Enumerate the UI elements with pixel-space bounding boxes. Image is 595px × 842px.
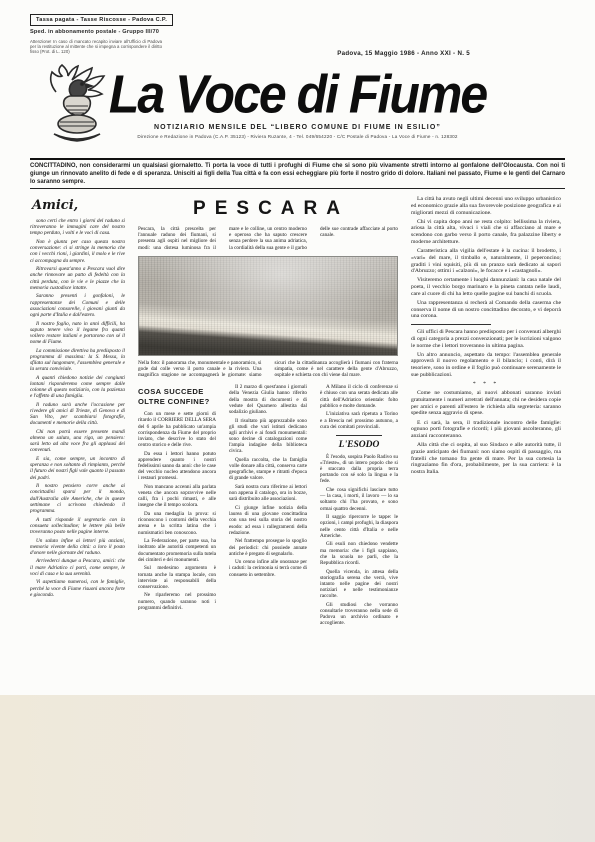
postage-stamp-box: Tassa pagata - Tasse Riscosse - Padova C…: [30, 14, 173, 26]
paragraph: Nel frattempo prosegue lo spoglio dei pe…: [229, 538, 307, 556]
paragraph: Una rappresentanza si recherà al Comando…: [411, 300, 561, 320]
paragraph: Il 2 marzo di quest'anno i giornali dell…: [229, 384, 307, 415]
article-oltre-confine: Il 2 marzo di quest'anno i giornali dell…: [229, 384, 307, 684]
paragraph: Come ne costumiamo, ai nuovi abbonati sa…: [411, 390, 561, 417]
esodo-pre-body: A Milano il ciclo di conferenze si è chi…: [320, 384, 398, 430]
motto-paragraph: CONCITTADINO, non considerarmi un qualsi…: [30, 163, 565, 186]
newspaper-title: La Voce di Fiume: [30, 66, 565, 122]
section-divider: [411, 324, 491, 325]
pescara-headline: PESCARA: [144, 198, 398, 220]
pescara-caption: Nella foto: il panorama che, monumentale…: [138, 360, 398, 378]
paragraph: Il risultato più apprezzabile sono gli s…: [229, 418, 307, 455]
paragraph: Un saluto infine ai lettori più anziani,…: [30, 538, 125, 556]
paragraph: È l'esodo, sospira Paolo Radivo su «Trie…: [320, 454, 398, 485]
motto-rule: [30, 188, 565, 189]
paragraph: Quella vicenda, in attesa della storiogr…: [320, 569, 398, 600]
esodo-heading: L'ESODO: [320, 440, 398, 450]
paragraph: Un altro annuncio, aspettato da tempo: l…: [411, 352, 561, 379]
scanner-background: [0, 695, 595, 842]
paragraph: Chi vi capita dopo anni ne resta colpito…: [411, 219, 561, 246]
paragraph: Con un mese e sette giorni di ritardo il…: [138, 411, 216, 448]
masthead: La Voce di Fiume NOTIZIARIO MENSILE DEL …: [30, 66, 565, 154]
paragraph: Da una medaglia la prova: si riconoscono…: [138, 511, 216, 536]
paragraph: A Milano il ciclo di conferenze si è chi…: [320, 384, 398, 409]
cosa-succede-body: Con un mese e sette giorni di ritardo il…: [138, 411, 216, 611]
paragraph: Sul medesimo argomento è tornata anche l…: [138, 565, 216, 590]
paragraph: La Federazione, per parte sua, ha inoltr…: [138, 538, 216, 563]
lower-columns: COSA SUCCEDE OLTRE CONFINE? Con un mese …: [138, 384, 398, 684]
paragraph: Vi aspettiamo numerosi, con le famiglie,…: [30, 579, 125, 597]
paragraph: Quella raccolta, che la famiglia volle d…: [229, 457, 307, 482]
newspaper-page: Tassa pagata - Tasse Riscosse - Padova C…: [0, 0, 595, 695]
article-cosa-succede: COSA SUCCEDE OLTRE CONFINE? Con un mese …: [138, 384, 216, 684]
amici-heading: Amici,: [32, 198, 125, 213]
cosa-succede-heading: COSA SUCCEDE OLTRE CONFINE?: [138, 387, 216, 406]
paragraph: La commissione direttiva ha predisposto …: [30, 348, 125, 373]
article-pescara: PESCARA Pescara, la città prescelta per …: [138, 196, 398, 696]
paragraph: E sia, come sempre, un incontro di spera…: [30, 456, 125, 481]
paragraph: Arrivederci dunque a Pescara, amici: che…: [30, 558, 125, 576]
paragraph: Un cenno infine alle onoranze per i cadu…: [229, 559, 307, 577]
paragraph: E ci sarà, la sera, il tradizionale inco…: [411, 420, 561, 440]
paragraph: Sarà nostra cura riferirne ai lettori no…: [229, 484, 307, 502]
paragraph: sono certi che entro i giorni del raduno…: [30, 218, 125, 236]
paragraph: L'iniziativa sarà ripetuta a Torino e a …: [320, 411, 398, 429]
paragraph: Il nostro pensiero corre anche ai concit…: [30, 483, 125, 514]
return-notice: Attenzione! In caso di mancato recapito …: [30, 39, 162, 54]
paragraph: Gli esuli non chiedono vendette ma memor…: [320, 541, 398, 566]
paragraph: Chi non potrà essere presente mandi alme…: [30, 429, 125, 454]
pescara-intro: Pescara, la città prescelta per l'annual…: [138, 226, 398, 251]
paragraph: Il nostro foglio, nato in anni difficili…: [30, 321, 125, 346]
paragraph: Non è giunta per caso questa nostra conv…: [30, 239, 125, 264]
esodo-body: È l'esodo, sospira Paolo Radivo su «Trie…: [320, 454, 398, 627]
sviluppo-body-bottom: Gli uffici di Pescara hanno predisposto …: [411, 329, 561, 476]
masthead-rule: [30, 158, 565, 160]
paragraph: Gli uffici di Pescara hanno predisposto …: [411, 329, 561, 349]
amici-body: sono certi che entro i giorni del raduno…: [30, 218, 125, 598]
oltre-confine-body: Il 2 marzo di quest'anno i giornali dell…: [229, 384, 307, 578]
sviluppo-body-top: La città ha avuto negli ultimi decenni u…: [411, 196, 561, 320]
paragraph: A tutti risponde il segretario con la co…: [30, 517, 125, 535]
content-columns: Amici, sono certi che entro i giorni del…: [30, 196, 565, 696]
paragraph: Il saggio ripercorre le tappe: le opzion…: [320, 514, 398, 539]
paragraph: Ci giunge infine notizia della laurea di…: [229, 505, 307, 536]
paragraph: La città ha avuto negli ultimi decenni u…: [411, 196, 561, 216]
paragraph: Saranno presenti i gonfaloni, le rappres…: [30, 293, 125, 318]
aerial-photo-pescara: [138, 256, 398, 356]
paragraph: Da essa i lettori hanno potuto apprender…: [138, 451, 216, 482]
paragraph: Alla città che ci ospita, al suo Sindaco…: [411, 442, 561, 476]
paragraph: Che cosa significhi lasciare tutto — la …: [320, 487, 398, 512]
paragraph: Il raduno sarà anche l'occasione per riv…: [30, 402, 125, 427]
esodo-divider: [336, 435, 382, 436]
paragraph: Non mancano accenni alla parlata veneta …: [138, 484, 216, 509]
paragraph: Ritrovarsi quest'anno a Pescara vuol dir…: [30, 266, 125, 291]
article-sviluppo: La città ha avuto negli ultimi decenni u…: [411, 196, 561, 696]
paragraph: Gli studiosi che vorranno consultarle tr…: [320, 602, 398, 627]
issue-dateline: Padova, 15 Maggio 1986 - Anno XXI - N. 5: [337, 50, 470, 57]
top-bar: Tassa pagata - Tasse Riscosse - Padova C…: [30, 8, 565, 66]
paragraph: A quanti chiedono notizie dei congiunti …: [30, 375, 125, 400]
paragraph: Ne riparleremo nel prossimo numero, quan…: [138, 592, 216, 610]
article-amici: Amici, sono certi che entro i giorni del…: [30, 196, 125, 696]
paragraph: Caratteristica alla vigilia dell'estate …: [411, 248, 561, 275]
postal-subscription-line: Sped. in abbonamento postale - Gruppo II…: [30, 29, 565, 35]
article-esodo: A Milano il ciclo di conferenze si è chi…: [320, 384, 398, 684]
paragraph: * * *: [411, 381, 561, 388]
paragraph: Visiteremo certamente i luoghi dannunzia…: [411, 277, 561, 297]
